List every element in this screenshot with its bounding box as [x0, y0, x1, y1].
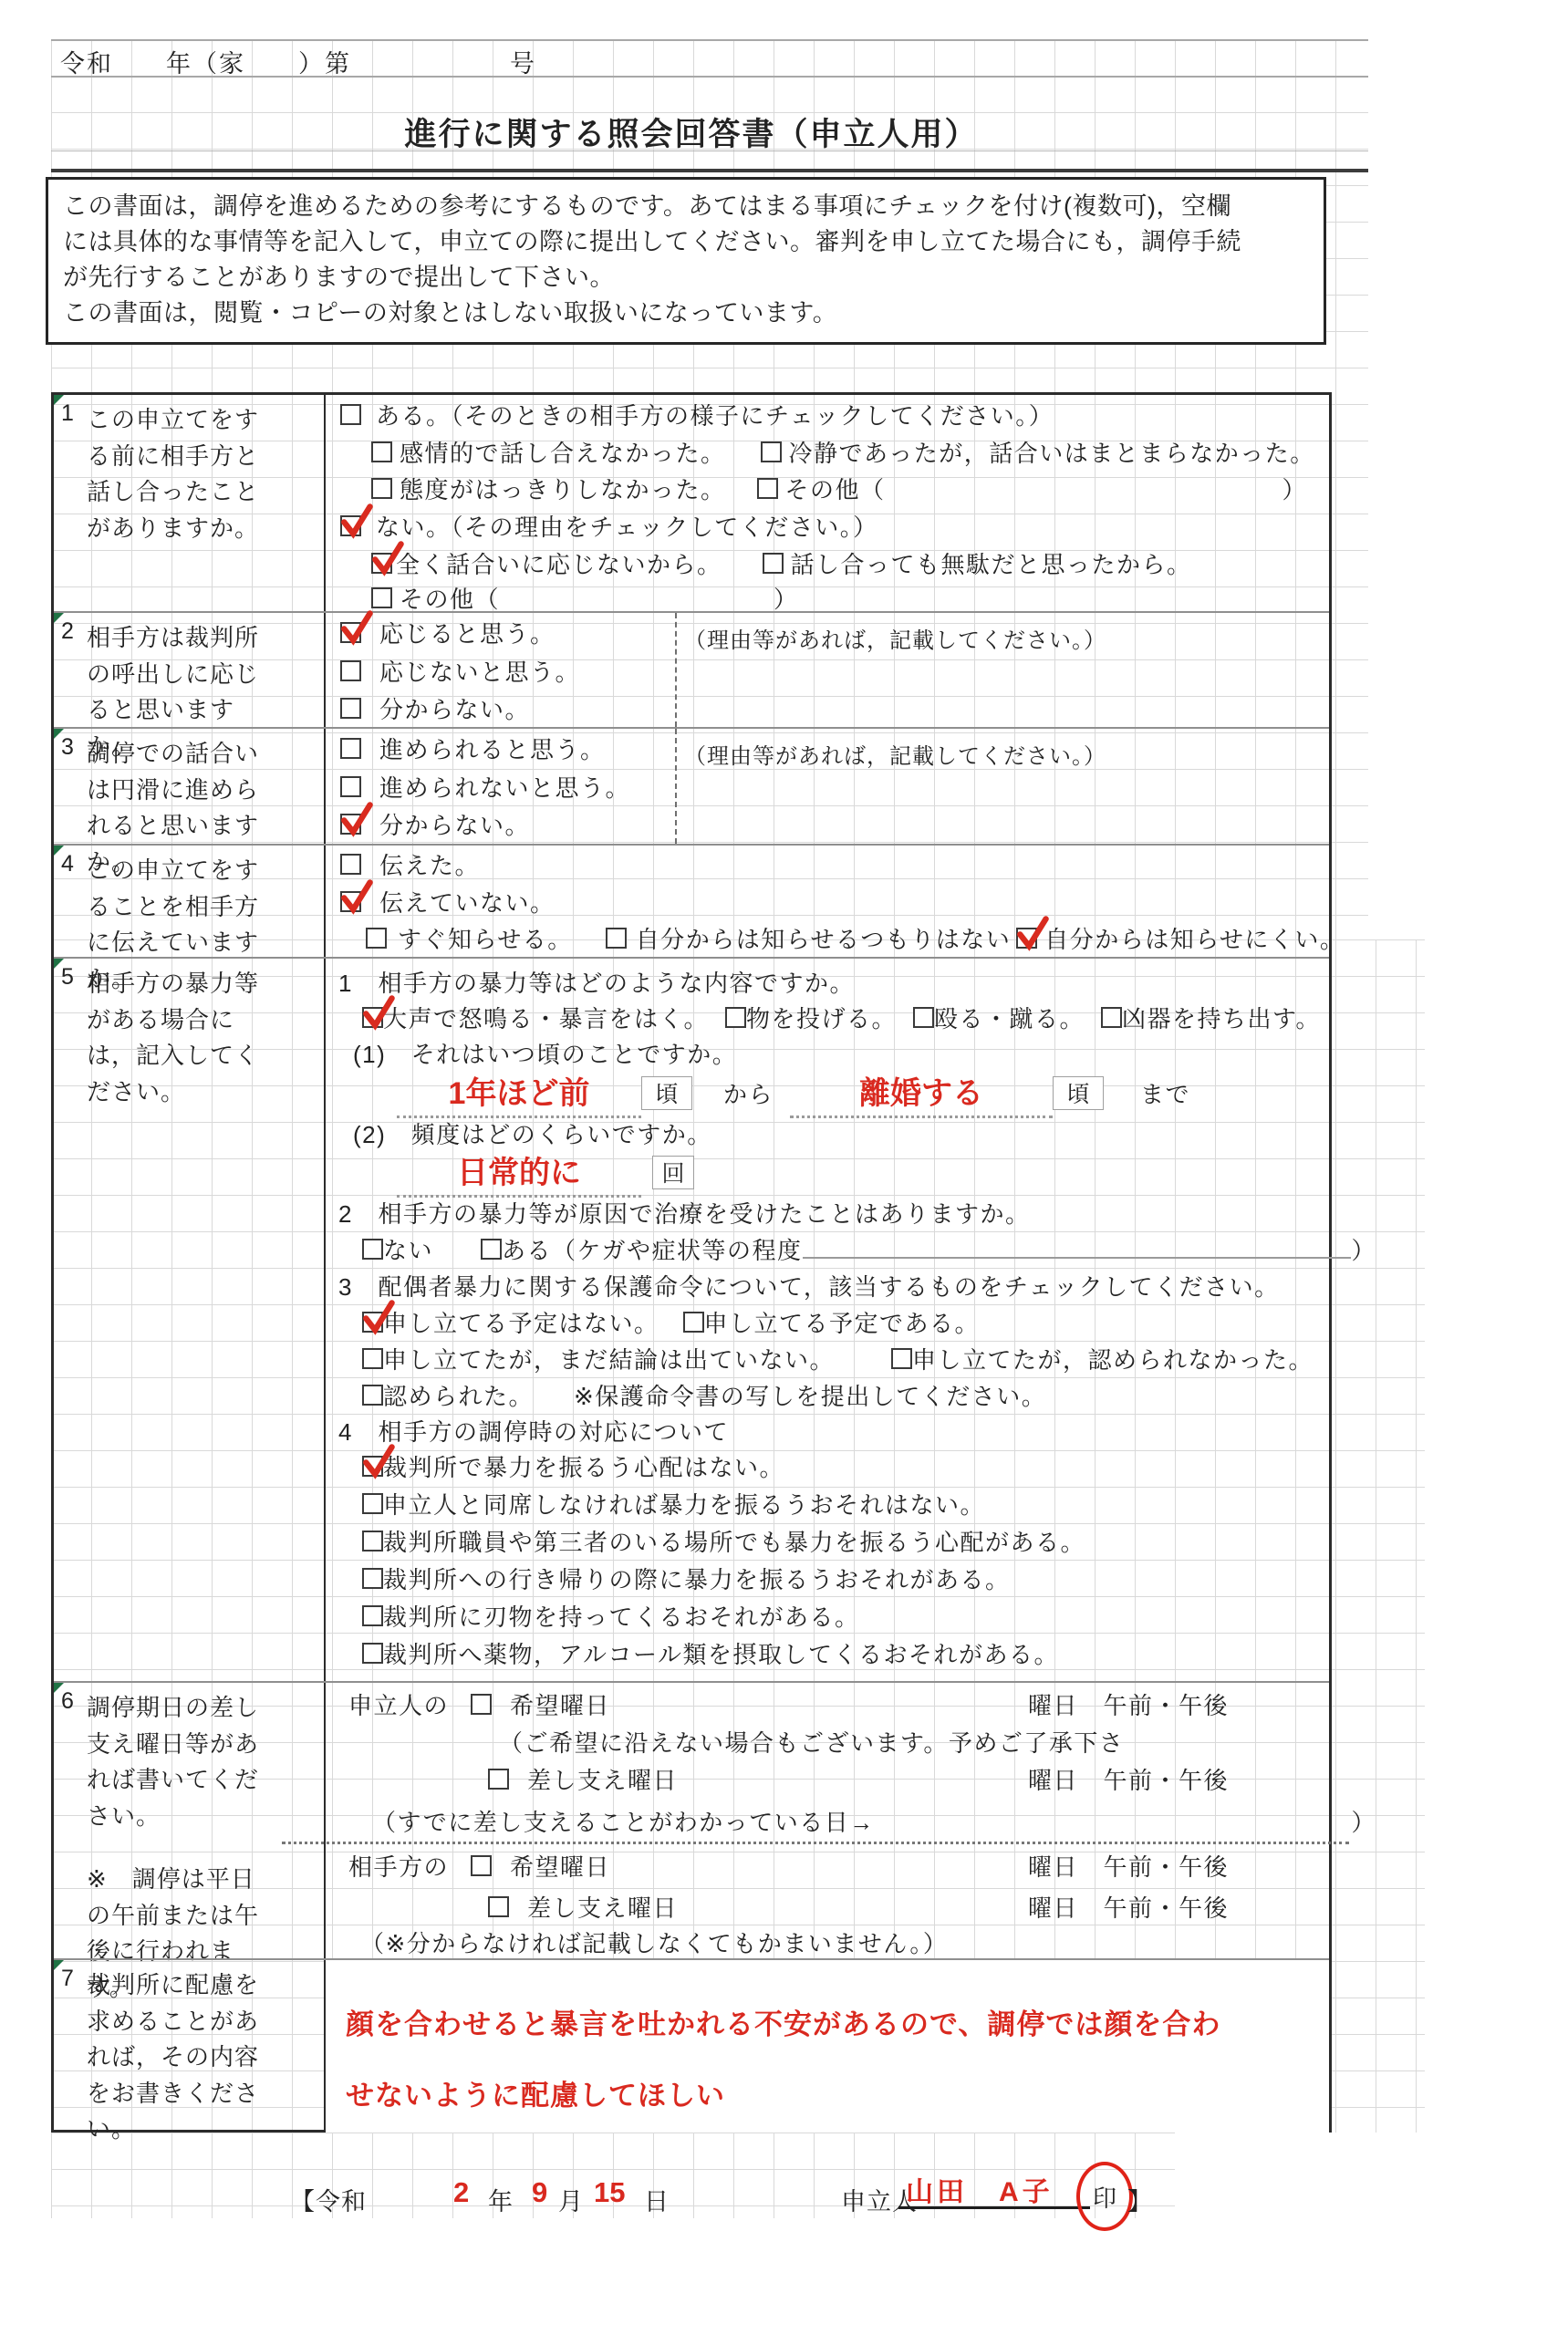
checkbox[interactable]	[362, 1568, 383, 1589]
form-row: 申立人の希望曜日曜日 午前・午後	[326, 1683, 1329, 1725]
cell-comment-marker	[54, 613, 64, 623]
checkbox[interactable]	[913, 1007, 934, 1028]
checkbox[interactable]	[340, 698, 361, 719]
handwritten-entry-field[interactable]: 1年ほど前	[397, 1068, 641, 1118]
form-section-7: 7裁判所に配慮を求めることがあれば，その内容をお書きください。顔を合わせると暴言…	[54, 1958, 1329, 2133]
form-row: ないある（ケガや症状等の程度）	[326, 1230, 1329, 1267]
form-section-2: 2相手方は裁判所の呼出しに応じると思いますか。応じると思う。応じないと思う。分か…	[54, 611, 1329, 727]
reason-hint: （理由等があれば，記載してください。）	[684, 738, 1106, 770]
form-row: 大声で怒鳴る・暴言をはく。物を投げる。殴る・蹴る。凶器を持ち出す。	[326, 999, 1329, 1035]
option-text: （※分からなければ記載しなくてもかまいません。）	[360, 1925, 948, 1959]
option-text: 申し立てたが，まだ結論は出ていない。	[383, 1342, 835, 1375]
header-rule	[51, 39, 1368, 41]
option-text: 応じないと思う。	[379, 654, 580, 688]
checkbox[interactable]	[362, 1239, 383, 1260]
option-text: 自分からは知らせるつもりはない	[636, 921, 1011, 955]
option-text: その他（	[785, 472, 886, 505]
option-text: すぐ知らせる。	[398, 921, 573, 955]
option-text: 全く話合いに応じないから。	[396, 546, 722, 580]
form-row: 伝えた。	[326, 846, 1329, 882]
form-row: 裁判所に刃物を持ってくるおそれがある。	[326, 1597, 1329, 1634]
option-text: から	[723, 1076, 774, 1110]
inquiry-form-table: 1この申立てをする前に相手方と話し合ったことがありますか。ある。（そのときの相手…	[51, 392, 1332, 2133]
checkbox[interactable]	[340, 660, 361, 681]
form-row: 差し支え曜日曜日 午前・午後	[326, 1886, 1329, 1926]
form-row: 3 配偶者暴力に関する保護命令について，該当するものをチェックしてください。	[326, 1267, 1329, 1303]
form-section-5: 5相手方の暴力等がある場合には，記入してください。1 相手方の暴力等はどのような…	[54, 957, 1329, 1681]
title-thick-rule	[51, 169, 1368, 172]
checkbox[interactable]	[471, 1694, 492, 1715]
form-row: 分からない。	[326, 805, 1329, 842]
form-section-4: 4この申立てをすることを相手方に伝えていますか。伝えた。伝えていない。すぐ知らせ…	[54, 844, 1329, 957]
checkbox[interactable]	[891, 1348, 912, 1369]
form-section-3: 3調停での話合いは円滑に進められると思いますか。進められると思う。進められないと…	[54, 727, 1329, 844]
checkbox-checked[interactable]	[340, 814, 361, 835]
option-text: 申し立てる予定はない。	[383, 1305, 659, 1339]
option-text: 申立人と同席しなければ暴力を振るうおそれはない。	[383, 1487, 985, 1520]
option-text: ある（ケガや症状等の程度	[502, 1232, 802, 1266]
option-text: 殴る・蹴る。	[934, 1001, 1085, 1034]
option-text: 冷静であったが，話合いはまとまらなかった。	[789, 435, 1315, 469]
option-text: 曜日 午前・午後	[1028, 1890, 1229, 1924]
option-text: 進められないと思う。	[379, 770, 630, 804]
blank-write-line[interactable]	[803, 1257, 1352, 1259]
form-row: 裁判所で暴力を振るう心配はない。	[326, 1448, 1329, 1485]
form-row: すぐ知らせる。自分からは知らせるつもりはない自分からは知らせにくい。	[326, 920, 1329, 955]
option-text: 相手方の	[348, 1849, 449, 1883]
option-text: ある。（そのときの相手方の様子にチェックしてください。）	[376, 398, 1054, 431]
option-text: 裁判所職員や第三者のいる場所でも暴力を振るう心配がある。	[383, 1524, 1085, 1558]
form-row: ない。（その理由をチェックしてください。）	[326, 506, 1329, 545]
footer-year-unit: 年	[488, 2182, 514, 2217]
form-row: その他（）	[326, 581, 1329, 614]
form-row: (2) 頻度はどのくらいですか。	[326, 1116, 1329, 1150]
option-text: ）	[1351, 1232, 1376, 1266]
petitioner-name-field[interactable]: 山田 A子	[898, 2169, 1090, 2209]
checkbox[interactable]	[362, 1531, 383, 1551]
footer-month-unit: 月	[558, 2182, 584, 2217]
option-text: 物を投げる。	[746, 1001, 897, 1034]
form-section-6: 6調停期日の差し支え曜日等があれば書いてください。※ 調停は平日の午前または午後…	[54, 1681, 1329, 1958]
form-row: 1 相手方の暴力等はどのような内容ですか。	[326, 964, 1329, 999]
option-text: ）	[1351, 1804, 1376, 1838]
form-row: 相手方の希望曜日曜日 午前・午後	[326, 1844, 1329, 1886]
checkbox[interactable]	[488, 1769, 509, 1790]
handwritten-entry-field[interactable]: 離婚する	[790, 1068, 1053, 1118]
checkbox-checked[interactable]	[362, 1456, 383, 1477]
option-text: （すでに差し支えることがわかっている日→	[372, 1804, 875, 1838]
reason-column-divider	[675, 729, 677, 844]
form-row: 申し立てる予定はない。申し立てる予定である。	[326, 1303, 1329, 1340]
footer-year-value: 2	[453, 2176, 469, 2209]
checkbox[interactable]	[340, 404, 361, 425]
footer-close-bracket: 】	[1127, 2182, 1153, 2217]
option-text: 裁判所へ薬物，アルコール類を摂取してくるおそれがある。	[383, 1636, 1059, 1670]
option-text: 伝えた。	[379, 847, 480, 881]
checkbox[interactable]	[362, 1643, 383, 1664]
section-label: 相手方の暴力等がある場合には，記入してください。	[87, 966, 269, 1110]
section-content: 応じると思う。応じないと思う。分からない。（理由等があれば，記載してください。）	[324, 613, 1329, 727]
checkbox-checked[interactable]	[340, 515, 361, 536]
section-content: 伝えた。伝えていない。すぐ知らせる。自分からは知らせるつもりはない自分からは知ら…	[324, 846, 1329, 957]
unit-cell: 頃	[1053, 1076, 1104, 1110]
option-text: 曜日 午前・午後	[1028, 1762, 1229, 1796]
checkbox-checked[interactable]	[362, 1007, 383, 1028]
option-text: 大声で怒鳴る・暴言をはく。	[383, 1001, 709, 1034]
reason-column-divider	[675, 613, 677, 727]
seal-label: 印	[1093, 2180, 1116, 2214]
checkbox[interactable]	[371, 478, 392, 499]
option-text: 応じると思う。	[379, 616, 556, 649]
option-text: 凶器を持ち出す。	[1122, 1001, 1321, 1034]
option-text: 自分からは知らせにくい。	[1044, 921, 1345, 955]
form-section-1: 1この申立てをする前に相手方と話し合ったことがありますか。ある。（そのときの相手…	[54, 395, 1329, 611]
checkbox[interactable]	[362, 1605, 383, 1626]
checkbox[interactable]	[340, 776, 361, 797]
form-row: 差し支え曜日曜日 午前・午後	[326, 1758, 1329, 1800]
checkbox[interactable]	[366, 928, 387, 949]
checkbox[interactable]	[488, 1896, 509, 1917]
checkbox-checked[interactable]	[371, 553, 392, 574]
option-text: 感情的で話し合えなかった。	[400, 435, 726, 469]
checkbox[interactable]	[757, 478, 778, 499]
checkbox[interactable]	[340, 854, 361, 875]
checkbox[interactable]	[683, 1312, 704, 1333]
option-text: 伝えていない。	[379, 885, 556, 918]
footer-day-value: 15	[594, 2176, 625, 2209]
option-text: 差し支え曜日	[527, 1762, 678, 1796]
checkbox[interactable]	[371, 441, 392, 462]
seal-circle: 印	[1076, 2162, 1133, 2231]
form-row: 進められないと思う。	[326, 767, 1329, 805]
checkbox[interactable]	[362, 1493, 383, 1514]
section-content: ある。（そのときの相手方の様子にチェックしてください。）感情的で話し合えなかった…	[324, 395, 1329, 611]
section-label: 裁判所に配慮を求めることがあれば，その内容をお書きください。	[87, 1967, 269, 2148]
form-row: 伝えていない。	[326, 882, 1329, 920]
form-row: （すでに差し支えることがわかっている日→）	[326, 1800, 1329, 1842]
form-row: 2 相手方の暴力等が原因で治療を受けたことはありますか。	[326, 1194, 1329, 1230]
case-number-line: 令和 年（家 ）第 号	[60, 44, 536, 79]
option-text: 希望曜日	[510, 1687, 610, 1721]
handwritten-note: 顔を合わせると暴言を吐かれる不安があるので、調停では顔を合わ	[346, 2001, 1220, 2042]
option-text: 1 相手方の暴力等はどのような内容ですか。	[338, 965, 855, 999]
section-content: 申立人の希望曜日曜日 午前・午後（ご希望に沿えない場合もございます。予めご了承下…	[324, 1683, 1329, 1958]
form-row: 日常的に回	[326, 1150, 1329, 1194]
option-text: まで	[1140, 1076, 1190, 1110]
option-text: 態度がはっきりしなかった。	[400, 472, 726, 505]
option-text: 裁判所に刃物を持ってくるおそれがある。	[383, 1599, 860, 1633]
option-text: 裁判所で暴力を振るう心配はない。	[383, 1449, 784, 1483]
option-text: 4 相手方の調停時の対応について	[338, 1414, 729, 1448]
option-text: 申し立てたが，認められなかった。	[912, 1342, 1314, 1375]
option-text: 3 配偶者暴力に関する保護命令について，該当するものをチェックしてください。	[338, 1269, 1280, 1302]
checkbox[interactable]	[471, 1855, 492, 1876]
checkbox[interactable]	[725, 1007, 746, 1028]
checkbox[interactable]	[362, 1385, 383, 1406]
option-text: 裁判所への行き帰りの際に暴力を振るうおそれがある。	[383, 1562, 1011, 1595]
option-text: 分からない。	[379, 691, 530, 725]
checkbox[interactable]	[371, 587, 392, 608]
option-text: ない	[383, 1232, 433, 1266]
option-text: 曜日 午前・午後	[1028, 1849, 1229, 1883]
form-row: 認められた。※保護命令書の写しを提出してください。	[326, 1376, 1329, 1413]
form-row: 申立人と同席しなければ暴力を振るうおそれはない。	[326, 1485, 1329, 1522]
intro-notice: この書面は，調停を進めるための参考にするものです。あてはまる事項にチェックを付け…	[46, 177, 1326, 345]
option-text: 分からない。	[379, 807, 530, 841]
option-text: 差し支え曜日	[527, 1890, 678, 1924]
option-text: ※保護命令書の写しを提出してください。	[574, 1378, 1046, 1412]
option-text: ）	[774, 581, 799, 615]
cell-comment-marker	[54, 846, 64, 856]
option-text: (1) それはいつ頃のことですか。	[353, 1036, 737, 1070]
checkbox[interactable]	[340, 738, 361, 759]
footer-era-prefix: 【令和	[290, 2182, 367, 2217]
option-text: (2) 頻度はどのくらいですか。	[353, 1116, 712, 1150]
page-title: 進行に関する照会回答書（申立人用）	[51, 109, 1332, 155]
option-text: （ご希望に沿えない場合もございます。予めご了承下さ	[499, 1725, 1124, 1759]
option-text: 話し合っても無駄だと思ったから。	[791, 546, 1192, 580]
form-row: 応じないと思う。	[326, 651, 1329, 690]
option-text: 申立人の	[348, 1687, 449, 1721]
checkbox[interactable]	[763, 553, 784, 574]
form-row: (1) それはいつ頃のことですか。	[326, 1035, 1329, 1070]
form-row: （※分からなければ記載しなくてもかまいません。）	[326, 1926, 1329, 1957]
form-row: 申し立てたが，まだ結論は出ていない。申し立てたが，認められなかった。	[326, 1340, 1329, 1376]
section-content: 1 相手方の暴力等はどのような内容ですか。大声で怒鳴る・暴言をはく。物を投げる。…	[324, 959, 1329, 1681]
form-row: 裁判所への行き帰りの際に暴力を振るうおそれがある。	[326, 1560, 1329, 1597]
footer-month-value: 9	[532, 2176, 547, 2209]
option-text: ない。（その理由をチェックしてください。）	[376, 509, 878, 543]
section-content: 進められると思う。進められないと思う。分からない。（理由等があれば，記載してくだ…	[324, 729, 1329, 844]
form-row: ある。（そのときの相手方の様子にチェックしてください。）	[326, 395, 1329, 433]
form-row: 1年ほど前頃から離婚する頃まで	[326, 1070, 1329, 1116]
option-text: その他（	[400, 581, 500, 615]
checkbox[interactable]	[761, 441, 782, 462]
cell-comment-marker	[54, 959, 64, 969]
form-row: 全く話合いに応じないから。話し合っても無駄だと思ったから。	[326, 545, 1329, 581]
option-text: 進められると思う。	[379, 732, 606, 765]
unit-cell: 回	[652, 1156, 694, 1189]
form-row: 裁判所職員や第三者のいる場所でも暴力を振るう心配がある。	[326, 1522, 1329, 1560]
form-row: （ご希望に沿えない場合もございます。予めご了承下さ	[326, 1725, 1329, 1758]
checkbox-checked[interactable]	[362, 1312, 383, 1333]
handwritten-entry-field[interactable]: 日常的に	[397, 1147, 641, 1198]
option-text: 2 相手方の暴力等が原因で治療を受けたことはありますか。	[338, 1196, 1030, 1230]
form-row: せないように配慮してほしい	[326, 2057, 1329, 2128]
checkbox-checked[interactable]	[340, 622, 361, 643]
form-row: 4 相手方の調停時の対応について	[326, 1413, 1329, 1448]
option-text: 認められた。	[383, 1378, 534, 1412]
checkbox-checked[interactable]	[1016, 928, 1037, 949]
option-text: 申し立てる予定である。	[704, 1305, 981, 1339]
checkbox[interactable]	[606, 928, 627, 949]
form-row: 顔を合わせると暴言を吐かれる不安があるので、調停では顔を合わ	[326, 1986, 1329, 2057]
form-row: 態度がはっきりしなかった。その他（）	[326, 470, 1329, 506]
form-row: 分からない。	[326, 690, 1329, 726]
section-label: この申立てをする前に相手方と話し合ったことがありますか。	[87, 402, 269, 546]
checkbox[interactable]	[481, 1239, 502, 1260]
cell-comment-marker	[54, 395, 64, 405]
cell-comment-marker	[54, 1960, 64, 1970]
unit-cell: 頃	[641, 1076, 692, 1110]
checkbox-checked[interactable]	[340, 891, 361, 912]
form-row: 裁判所へ薬物，アルコール類を摂取してくるおそれがある。	[326, 1634, 1329, 1672]
checkbox[interactable]	[362, 1348, 383, 1369]
checkbox[interactable]	[1101, 1007, 1122, 1028]
option-text: 希望曜日	[510, 1849, 610, 1883]
form-row: 感情的で話し合えなかった。冷静であったが，話合いはまとまらなかった。	[326, 433, 1329, 470]
cell-comment-marker	[54, 1683, 64, 1693]
cell-comment-marker	[54, 729, 64, 739]
option-text: ）	[1282, 472, 1307, 505]
section-content: 顔を合わせると暴言を吐かれる不安があるので、調停では顔を合わせないように配慮して…	[324, 1960, 1329, 2133]
option-text: 曜日 午前・午後	[1028, 1687, 1229, 1721]
footer-day-unit: 日	[644, 2182, 670, 2217]
handwritten-note: せないように配慮してほしい	[346, 2072, 725, 2113]
reason-hint: （理由等があれば，記載してください。）	[684, 622, 1106, 654]
